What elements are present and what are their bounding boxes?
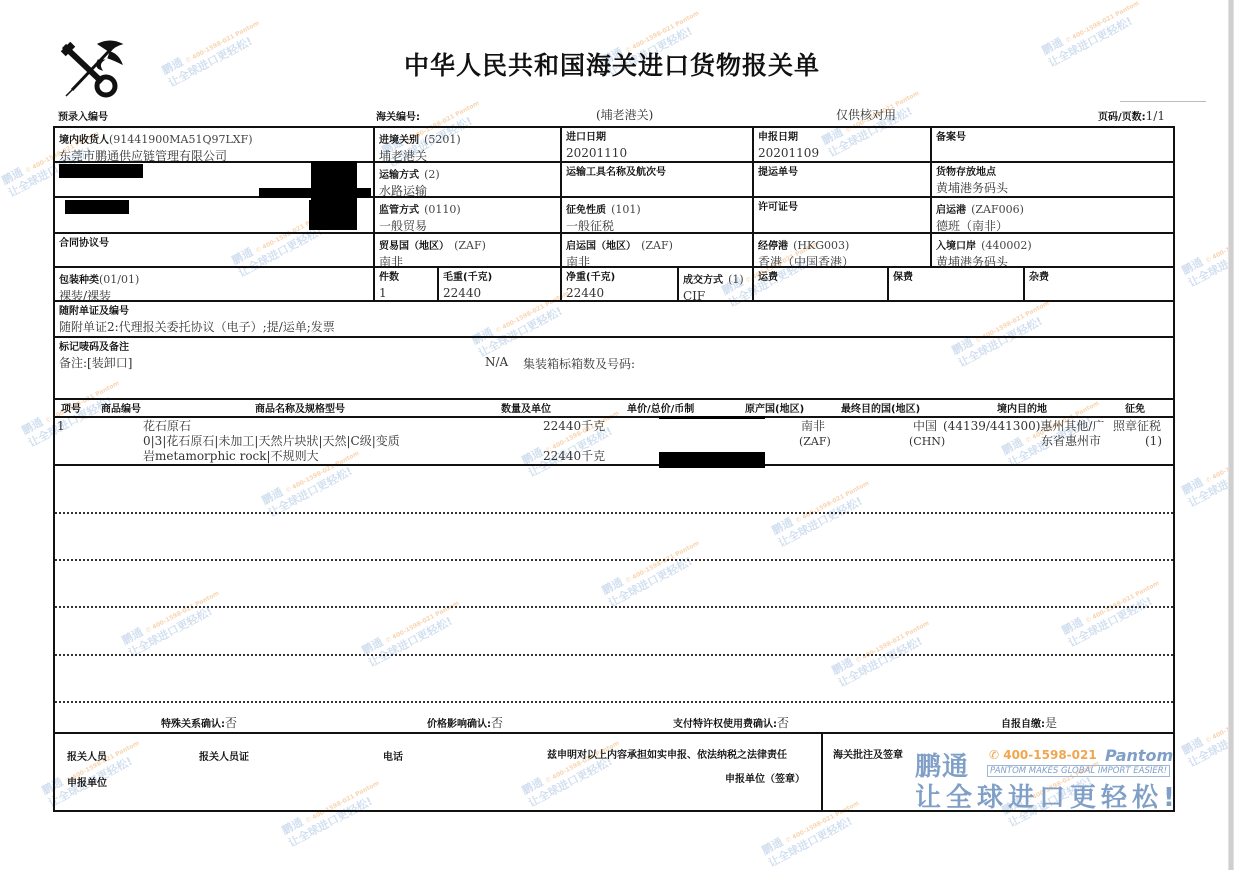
- price-influence-label: 价格影响确认:: [427, 719, 491, 730]
- insurance-cell: 保费: [889, 268, 1023, 300]
- goods-dest-country: 中国: [913, 419, 937, 434]
- freight-label: 运费: [758, 270, 883, 285]
- departure-port-label: 启运港: [936, 205, 966, 216]
- entry-port-label: 入境口岸: [936, 241, 976, 252]
- declare-date-value: 20201109: [758, 145, 926, 161]
- transport-mode-cell: 运输方式 (2) 水路运输: [375, 163, 560, 196]
- record-no-label: 备案号: [936, 130, 1171, 145]
- trade-terms-cell: 成交方式 (1) CIF: [679, 268, 752, 300]
- package-type-code: (01/01): [99, 273, 139, 286]
- declarant-label: 报关人员: [67, 748, 107, 763]
- consignee-cell: 境内收货人(91441900MA51Q97LXF) 东莞市鹏通供应链管理有限公司: [55, 128, 373, 161]
- vessel-label: 运输工具名称及航次号: [566, 165, 748, 180]
- goods-spec-line2: 岩metamorphic rock|不规则大: [143, 449, 319, 464]
- customs-office: (埔老港关): [596, 106, 653, 123]
- royalty-confirm: 支付特许权使用费确认:否: [673, 712, 789, 731]
- royalty-value: 否: [777, 716, 789, 730]
- import-date-label: 进口日期: [566, 130, 748, 145]
- supervision-mode-label: 监管方式: [379, 205, 419, 216]
- trade-terms-code: (1): [728, 273, 744, 286]
- legal-statement: 兹申明对以上内容承担如实申报、依法纳税之法律责任: [547, 746, 787, 761]
- marks-na: N/A: [485, 355, 508, 369]
- redacted-block: [309, 200, 357, 230]
- royalty-label: 支付特许权使用费确认:: [673, 719, 777, 730]
- goods-header-levy: 征免: [1125, 400, 1145, 415]
- price-influence-value: 否: [491, 716, 503, 730]
- watermark: 鹏通 ✆ 400-1598-021 Pantom让全球进口更轻松!: [1040, 0, 1147, 70]
- brand-stamp: 鹏通 ✆ 400-1598-021 Pantom PANTOM MAKES GL…: [915, 746, 1177, 808]
- special-relation-label: 特殊关系确认:: [161, 719, 225, 730]
- transport-mode-label: 运输方式: [379, 170, 419, 181]
- consignee-label: 境内收货人: [59, 135, 109, 146]
- attached-docs-cell: 随附单证及编号 随附单证2:代理报关委托协议（电子）;提/运单;发票: [55, 302, 1175, 336]
- brand-tagline: PANTOM MAKES GLOBAL IMPORT EASIER!: [987, 765, 1170, 777]
- license-no-cell: 许可证号: [754, 198, 930, 232]
- customs-emblem-icon: [58, 38, 124, 100]
- origin-country-code: (ZAF): [641, 239, 673, 252]
- import-date-value: 20201110: [566, 145, 748, 161]
- origin-country-label: 启运国（地区）: [566, 241, 636, 252]
- page-value: 1/1: [1146, 109, 1165, 123]
- brand-phone-number: 400-1598-021: [1003, 748, 1096, 762]
- consignee-code: (91441900MA51Q97LXF): [109, 133, 253, 146]
- gross-weight-label: 毛重(千克): [443, 270, 556, 285]
- misc-fee-label: 杂费: [1029, 270, 1171, 285]
- goods-header-item-no: 项号: [61, 400, 81, 415]
- transport-mode-code: (2): [424, 168, 440, 181]
- levy-nature-code: (101): [611, 203, 641, 216]
- trade-country-value: 南非: [379, 254, 556, 266]
- pieces-value: 1: [379, 285, 433, 300]
- transit-port-cell: 经停港 (HKG003) 香港（中国香港）: [754, 234, 930, 266]
- customs-no-label: 海关编号:: [376, 108, 420, 123]
- insurance-label: 保费: [893, 270, 1019, 285]
- contract-no-label: 合同协议号: [59, 236, 369, 251]
- page-indicator: 页码/页数:1/1: [1098, 108, 1165, 123]
- entry-customs-code: (5201): [424, 133, 461, 146]
- watermark: 鹏通 ✆ 400-1598-021 Pantom让全球进口更轻松!: [1180, 696, 1234, 769]
- goods-name: 花石原石: [143, 419, 191, 434]
- declare-date-label: 申报日期: [758, 130, 926, 145]
- storage-place-value: 黄埔港务码头: [936, 180, 1171, 196]
- origin-country-value: 南非: [566, 254, 748, 266]
- license-no-label: 许可证号: [758, 200, 926, 215]
- entry-customs-label: 进境关别: [379, 135, 419, 146]
- goods-header-dest-country: 最终目的国(地区): [841, 400, 920, 415]
- gross-weight-value: 22440: [443, 285, 556, 300]
- net-weight-value: 22440: [566, 285, 673, 300]
- storage-place-cell: 货物存放地点 黄埔港务码头: [932, 163, 1175, 196]
- watermark: 鹏通 ✆ 400-1598-021 Pantom让全球进口更轻松!: [1180, 436, 1234, 509]
- phone-label: 电话: [383, 748, 403, 763]
- record-no-cell: 备案号: [932, 128, 1175, 161]
- container-label: 集装箱标箱数及号码:: [523, 355, 635, 372]
- declarant-cert-label: 报关人员证: [199, 748, 249, 763]
- goods-dest-country-code: (CHN): [909, 434, 945, 449]
- supervision-mode-code: (0110): [424, 203, 461, 216]
- redacted-block: [59, 164, 143, 178]
- goods-qty-2: 22440千克: [543, 449, 605, 464]
- trade-country-cell: 贸易国（地区） (ZAF) 南非: [375, 234, 560, 266]
- goods-header-domestic-dest: 境内目的地: [997, 400, 1047, 415]
- declaring-unit-label: 申报单位: [67, 774, 107, 789]
- header-rule: [1120, 101, 1206, 102]
- goods-origin: 南非: [801, 419, 825, 434]
- origin-country-cell: 启运国（地区） (ZAF) 南非: [562, 234, 752, 266]
- levy-nature-label: 征免性质: [566, 205, 606, 216]
- gross-weight-cell: 毛重(千克) 22440: [439, 268, 560, 300]
- pieces-label: 件数: [379, 270, 433, 285]
- page-label: 页码/页数:: [1098, 112, 1146, 123]
- goods-origin-code: (ZAF): [799, 434, 831, 449]
- document-title: 中华人民共和国海关进口货物报关单: [404, 46, 820, 82]
- goods-spec-line1: 0|3|花石原石|未加工|天然片块狀|天然|C级|变质: [143, 434, 400, 449]
- goods-header-hs-code: 商品编号: [101, 400, 141, 415]
- transport-mode-value: 水路运输: [379, 183, 556, 196]
- trade-terms-value: CIF: [683, 288, 748, 300]
- special-relation-value: 否: [225, 716, 237, 730]
- trade-terms-label: 成交方式: [683, 275, 723, 286]
- departure-port-value: 德班（南非）: [936, 218, 1171, 232]
- goods-qty-1: 22440千克: [543, 419, 605, 434]
- entry-port-value: 黄埔港务码头: [936, 254, 1171, 266]
- consignee-value: 东莞市鹏通供应链管理有限公司: [59, 148, 369, 161]
- phone-icon: ✆: [989, 748, 1003, 762]
- storage-place-label: 货物存放地点: [936, 165, 1171, 180]
- unit-seal-label: 申报单位（签章）: [725, 770, 805, 785]
- goods-header-qty: 数量及单位: [501, 400, 551, 415]
- misc-fee-cell: 杂费: [1025, 268, 1175, 300]
- redacted-block: [659, 416, 765, 419]
- trade-country-code: (ZAF): [454, 239, 486, 252]
- self-report-label: 自报自缴:: [1001, 719, 1045, 730]
- pieces-cell: 件数 1: [375, 268, 437, 300]
- entry-customs-cell: 进境关别 (5201) 埔老港关: [375, 128, 560, 161]
- entry-port-code: (440002): [981, 239, 1032, 252]
- goods-levy: 照章征税: [1113, 419, 1161, 434]
- entry-port-cell: 入境口岸 (440002) 黄埔港务码头: [932, 234, 1175, 266]
- scrollbar-thumb[interactable]: [1229, 0, 1233, 870]
- watermark: 鹏通 ✆ 400-1598-021 Pantom让全球进口更轻松!: [1180, 216, 1234, 289]
- goods-domestic-dest-2: 东省惠州市: [1041, 434, 1101, 449]
- transit-port-code: (HKG003): [793, 239, 849, 252]
- levy-nature-value: 一般征税: [566, 218, 748, 232]
- supervision-mode-value: 一般贸易: [379, 218, 556, 232]
- goods-header-origin: 原产国(地区): [745, 400, 804, 415]
- verify-only-note: 仅供核对用: [836, 106, 896, 123]
- customs-approval-label: 海关批注及签章: [833, 746, 903, 761]
- package-type-label: 包装种类: [59, 275, 99, 286]
- import-date-cell: 进口日期 20201110: [562, 128, 752, 161]
- declaration-form: 境内收货人(91441900MA51Q97LXF) 东莞市鹏通供应链管理有限公司…: [53, 126, 1175, 812]
- attached-docs-value: 随附单证2:代理报关委托协议（电子）;提/运单;发票: [59, 319, 1171, 335]
- self-report-value: 是: [1045, 716, 1057, 730]
- goods-header-name: 商品名称及规格型号: [255, 400, 345, 415]
- goods-header-price: 单价/总价/币制: [627, 400, 694, 415]
- watermark: 鹏通 ✆ 400-1598-021 Pantom让全球进口更轻松!: [160, 16, 267, 89]
- bill-no-label: 提运单号: [758, 165, 926, 180]
- preentry-label: 预录入编号: [58, 108, 108, 123]
- package-type-value: 裸装/裸装: [59, 288, 369, 300]
- price-influence-confirm: 价格影响确认:否: [427, 712, 503, 731]
- brand-phone: ✆ 400-1598-021: [989, 748, 1097, 762]
- net-weight-label: 净重(千克): [566, 270, 673, 285]
- brand-name-en: Pantom: [1105, 746, 1173, 765]
- bill-no-cell: 提运单号: [754, 163, 930, 196]
- package-type-cell: 包装种类(01/01) 裸装/裸装: [55, 268, 373, 300]
- attached-docs-label: 随附单证及编号: [59, 304, 1171, 319]
- contract-no-cell: 合同协议号: [55, 234, 373, 266]
- freight-cell: 运费: [754, 268, 887, 300]
- supervision-mode-cell: 监管方式 (0110) 一般贸易: [375, 198, 560, 232]
- transit-port-value: 香港（中国香港）: [758, 254, 926, 266]
- transit-port-label: 经停港: [758, 241, 788, 252]
- goods-levy-code: (1): [1145, 434, 1162, 449]
- brand-slogan: 让全球进口更轻松!: [915, 777, 1180, 814]
- goods-item-no: 1: [57, 419, 65, 434]
- redacted-block: [659, 452, 765, 468]
- net-weight-cell: 净重(千克) 22440: [562, 268, 677, 300]
- departure-port-cell: 启运港 (ZAF006) 德班（南非）: [932, 198, 1175, 232]
- marks-label: 标记唛码及备注: [59, 340, 1171, 355]
- self-report-confirm: 自报自缴:是: [1001, 712, 1057, 731]
- redacted-block: [65, 200, 129, 214]
- trade-country-label: 贸易国（地区）: [379, 241, 449, 252]
- levy-nature-cell: 征免性质 (101) 一般征税: [562, 198, 752, 232]
- declare-date-cell: 申报日期 20201109: [754, 128, 930, 161]
- special-relation-confirm: 特殊关系确认:否: [161, 712, 237, 731]
- departure-port-code: (ZAF006): [971, 203, 1024, 216]
- marks-cell: 标记唛码及备注 备注:[装卸口] N/A 集装箱标箱数及号码:: [55, 338, 1175, 398]
- vessel-cell: 运输工具名称及航次号: [562, 163, 752, 196]
- entry-customs-value: 埔老港关: [379, 148, 556, 161]
- goods-domestic-dest-1: (44139/441300)惠州其他/广: [943, 419, 1104, 434]
